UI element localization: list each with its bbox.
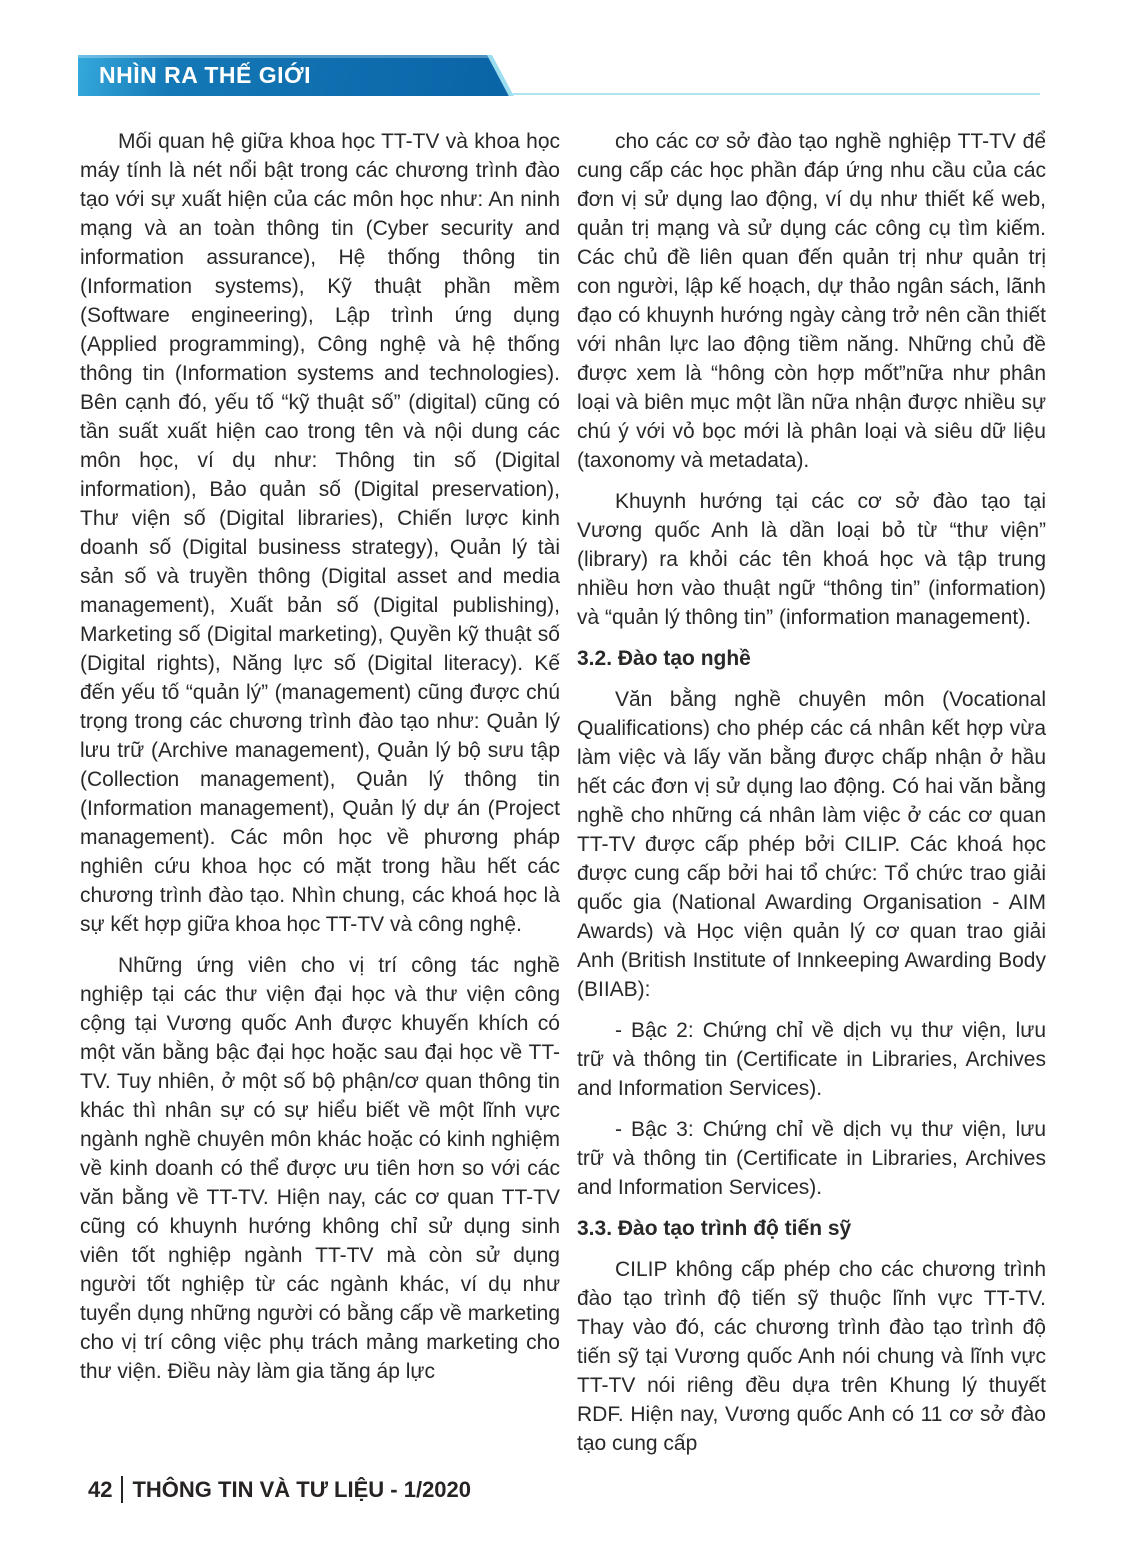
section-banner-title: NHÌN RA THẾ GIỚI bbox=[78, 62, 311, 89]
journal-title: THÔNG TIN VÀ TƯ LIỆU - 1/2020 bbox=[132, 1477, 471, 1503]
section-heading: 3.2. Đào tạo nghề bbox=[577, 644, 1046, 673]
paragraph: Những ứng viên cho vị trí công tác nghề … bbox=[80, 951, 560, 1386]
page-number: 42 bbox=[88, 1477, 112, 1503]
paragraph: Mối quan hệ giữa khoa học TT-TV và khoa … bbox=[80, 127, 560, 939]
article-body: Mối quan hệ giữa khoa học TT-TV và khoa … bbox=[80, 127, 1046, 1470]
page-footer: 42 THÔNG TIN VÀ TƯ LIỆU - 1/2020 bbox=[88, 1476, 471, 1503]
header-rule bbox=[512, 93, 1040, 95]
document-page: NHÌN RA THẾ GIỚI Mối quan hệ giữa khoa h… bbox=[0, 0, 1122, 1564]
paragraph: Khuynh hướng tại các cơ sở đào tạo tại V… bbox=[577, 487, 1046, 632]
section-heading: 3.3. Đào tạo trình độ tiến sỹ bbox=[577, 1214, 1046, 1243]
paragraph: cho các cơ sở đào tạo nghề nghiệp TT-TV … bbox=[577, 127, 1046, 475]
right-column: cho các cơ sở đào tạo nghề nghiệp TT-TV … bbox=[577, 127, 1046, 1470]
footer-divider bbox=[121, 1476, 123, 1503]
paragraph: - Bậc 3: Chứng chỉ về dịch vụ thư viện, … bbox=[577, 1115, 1046, 1202]
paragraph: - Bậc 2: Chứng chỉ về dịch vụ thư viện, … bbox=[577, 1016, 1046, 1103]
section-banner: NHÌN RA THẾ GIỚI bbox=[78, 55, 512, 96]
left-column: Mối quan hệ giữa khoa học TT-TV và khoa … bbox=[80, 127, 560, 1470]
paragraph: Văn bằng nghề chuyên môn (Vocational Qua… bbox=[577, 685, 1046, 1004]
paragraph: CILIP không cấp phép cho các chương trìn… bbox=[577, 1255, 1046, 1458]
